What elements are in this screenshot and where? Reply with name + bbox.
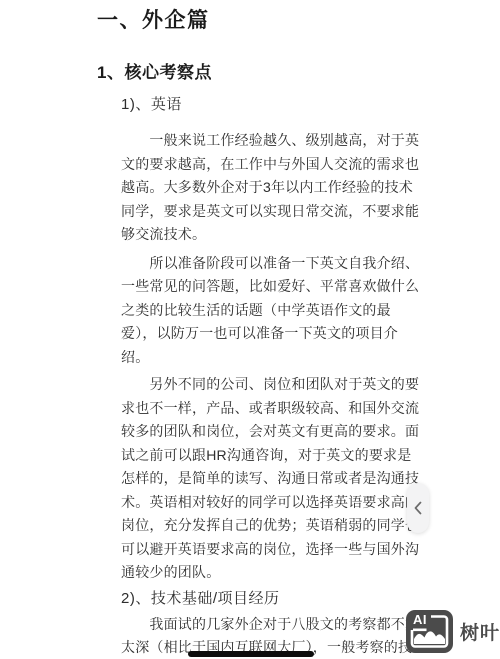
text-line: 够交流技术。 [121,223,500,247]
text-line: 同学，要求是英文可以实现日常交流，不要求能 [121,200,500,224]
section-heading: 1、核心考察点 [97,61,500,84]
watermark-brand-label: 树叶云 [460,618,500,645]
text-line: 之类的比较生活的话题（中学英语作文的最 [121,299,500,323]
text-segment: ），一般考察的技 [306,639,413,655]
text-line: 一般来说工作经验越久、级别越高，对于英 [121,129,500,153]
text-line: 另外不同的公司、岗位和团队对于英文的要 [121,373,500,397]
text-line: 试之前可以跟HR沟通咨询，对于英文的要求是 [121,444,500,468]
text-line: 所以准备阶段可以准备一下英文自我介绍、 [121,252,500,276]
paragraph-company-differences: 另外不同的公司、岗位和团队对于英文的要求也不一样，产品、或者职级较高、和国外交流… [121,373,500,585]
text-line: 可以避开英语要求高的岗位，选择一些与国外沟 [121,538,500,562]
page-title: 一、外企篇 [97,8,500,33]
watermark: AI 树叶云 [406,609,500,653]
text-line: 爱），以防万一也可以准备一下英文的项目介 [121,322,500,346]
text-segment: 太深（相比 [121,639,192,655]
text-line: 文的要求越高，在工作中与外国人交流的需求也 [121,153,500,177]
hand-drawn-underline [188,651,314,657]
list-item-english: 1)、英语 [121,93,500,116]
paragraph-english-preparation: 所以准备阶段可以准备一下英文自我介绍、一些常见的问答题，比如爱好、平常喜欢做什么… [121,252,500,370]
text-line: 越高。大多数外企对于3年以内工作经验的技术 [121,176,500,200]
list-item-tech-basics: 2)、技术基础/项目经历 [121,587,500,610]
text-line: 求也不一样，产品、或者职级较高、和国外交流 [121,397,500,421]
body-column: 1)、英语 一般来说工作经验越久、级别越高，对于英文的要求越高，在工作中与外国人… [121,93,500,659]
text-line: 怎样的，是简单的读写、沟通日常或者是沟通技 [121,467,500,491]
text-line: 通较少的团队。 [121,561,500,585]
watermark-ai-image-icon: AI [406,610,453,653]
text-line: 绍。 [121,346,500,370]
document-page: 一、外企篇 1、核心考察点 1)、英语 一般来说工作经验越久、级别越高，对于英文… [0,0,500,659]
paragraph-english-requirements: 一般来说工作经验越久、级别越高，对于英文的要求越高，在工作中与外国人交流的需求也… [121,129,500,247]
chevron-left-icon [414,501,422,515]
watermark-ai-label: AI [413,612,427,628]
text-line: 一些常见的问答题，比如爱好、平常喜欢做什么 [121,275,500,299]
text-line: 岗位，充分发挥自己的优势；英语稍弱的同学也 [121,514,500,538]
collapse-handle-button[interactable] [407,483,429,533]
text-line: 术。英语相对较好的同学可以选择英语要求高的 [121,491,500,515]
text-line: 较多的团队和岗位，会对英文有更高的要求。面 [121,420,500,444]
